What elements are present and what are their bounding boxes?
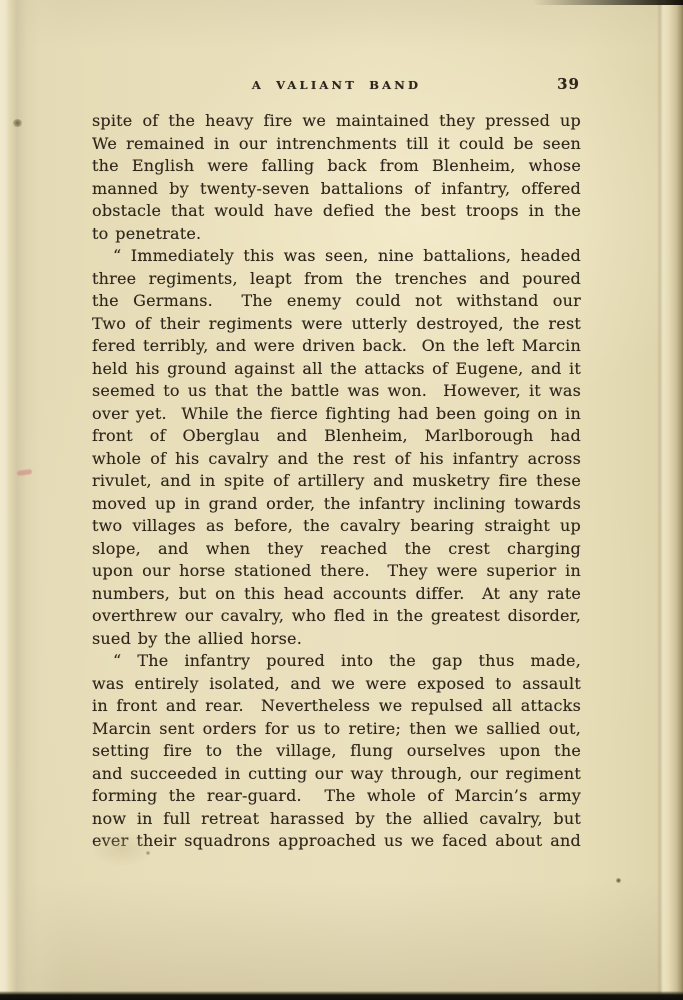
text-line: overthrew our cavalry, who fled in the g… [92,605,581,628]
pink-ink-mark [17,469,33,476]
text-line: forming the rear-guard. The whole of Mar… [92,785,581,808]
text-line: “ Immediately this was seen, nine battal… [92,245,581,268]
text-line: now in full retreat harassed by the alli… [92,808,581,831]
text-line: upon our horse stationed there. They wer… [92,560,581,583]
paragraph: spite of the heavy fire we maintained th… [92,110,581,245]
text-line: in front and rear. Nevertheless we repul… [92,695,581,718]
text-line: Marcin sent orders for us to retire; the… [92,718,581,741]
text-line: moved up in grand order, the infantry in… [92,493,581,516]
text-line: numbers, but on this head accounts diffe… [92,583,581,606]
text-line: front of Oberglau and Blenheim, Marlboro… [92,425,581,448]
page-gutter-shadow [0,0,64,1000]
text-line: sued by the allied horse. [92,628,581,651]
text-line: three regiments, leapt from the trenches… [92,268,581,291]
text-line: ever their squadrons approached us we fa… [92,830,581,853]
text-line: obstacle that would have defied the best… [92,200,581,223]
text-line: over yet. While the fierce fighting had … [92,403,581,426]
chapter-title: A VALIANT BAND [92,78,581,92]
text-line: was entirely isolated, and we were expos… [92,673,581,696]
text-line: the English were falling back from Blenh… [92,155,581,178]
book-page-scan: A VALIANT BAND 39 spite of the heavy fir… [0,0,683,1000]
text-line: slope, and when they reached the crest c… [92,538,581,561]
text-line: rivulet, and in spite of artillery and m… [92,470,581,493]
text-line: two villages as before, the cavalry bear… [92,515,581,538]
paragraph: “ Immediately this was seen, nine battal… [92,245,581,650]
text-line: the Germans. The enemy could not withsta… [92,290,581,313]
text-line: whole of his cavalry and the rest of his… [92,448,581,471]
running-header: A VALIANT BAND 39 [92,78,581,94]
text-line: setting fire to the village, flung ourse… [92,740,581,763]
text-line: to penetrate. [92,223,581,246]
paper-speck [13,119,22,127]
text-line: fered terribly, and were driven back. On… [92,335,581,358]
page-number: 39 [557,75,580,93]
scan-edge-top [0,0,683,5]
text-line: seemed to us that the battle was won. Ho… [92,380,581,403]
text-line: spite of the heavy fire we maintained th… [92,110,581,133]
page-edge-right [657,0,683,1000]
text-line: manned by twenty-seven battalions of inf… [92,178,581,201]
text-line: We remained in our intrenchments till it… [92,133,581,156]
scan-edge-bottom [0,991,683,1000]
text-line: Two of their regiments were utterly dest… [92,313,581,336]
text-line: “ The infantry poured into the gap thus … [92,650,581,673]
text-line: and succeeded in cutting our way through… [92,763,581,786]
paragraph: “ The infantry poured into the gap thus … [92,650,581,853]
paper-speck [616,878,621,883]
page-body: spite of the heavy fire we maintained th… [92,110,581,853]
text-line: held his ground against all the attacks … [92,358,581,381]
